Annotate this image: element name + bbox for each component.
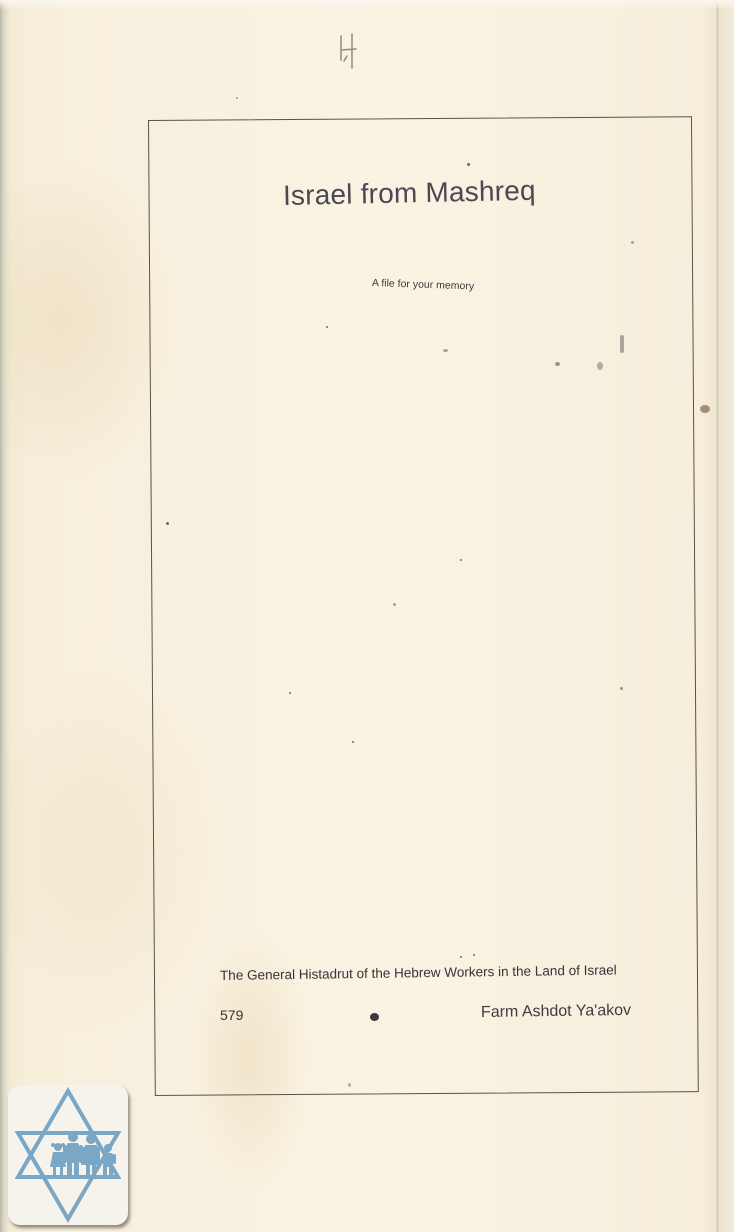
cover-frame-border [148, 116, 699, 1096]
bullet-dot-icon [370, 1013, 379, 1021]
scan-speck [460, 956, 462, 958]
page-fold-line [716, 0, 719, 1232]
scan-stain [700, 405, 710, 413]
scanned-page: Israel from Mashreq A file for your memo… [0, 0, 734, 1232]
scan-speck [348, 1083, 351, 1087]
scan-speck [473, 954, 475, 956]
page-top-edge [0, 0, 734, 10]
scan-speck [631, 241, 634, 244]
scan-speck [555, 362, 560, 366]
scan-speck [443, 349, 448, 352]
scan-speck [620, 335, 624, 353]
watermark-logo [8, 1085, 128, 1225]
scan-speck [460, 559, 462, 561]
scan-speck [352, 741, 354, 743]
scan-speck [597, 362, 603, 370]
scan-speck [326, 326, 328, 328]
handwritten-mark-icon [338, 30, 362, 70]
scan-speck [166, 522, 169, 525]
page-binding-edge [0, 0, 10, 1232]
location-line: Farm Ashdot Ya'akov [481, 1002, 631, 1022]
page-number: 579 [220, 1007, 243, 1023]
scan-speck [620, 687, 623, 690]
document-title: Israel from Mashreq [283, 174, 584, 212]
scan-speck [467, 163, 470, 166]
scan-speck [289, 692, 291, 694]
scan-speck [393, 603, 396, 606]
scan-speck [236, 97, 238, 99]
star-of-david-family-icon [8, 1085, 128, 1225]
